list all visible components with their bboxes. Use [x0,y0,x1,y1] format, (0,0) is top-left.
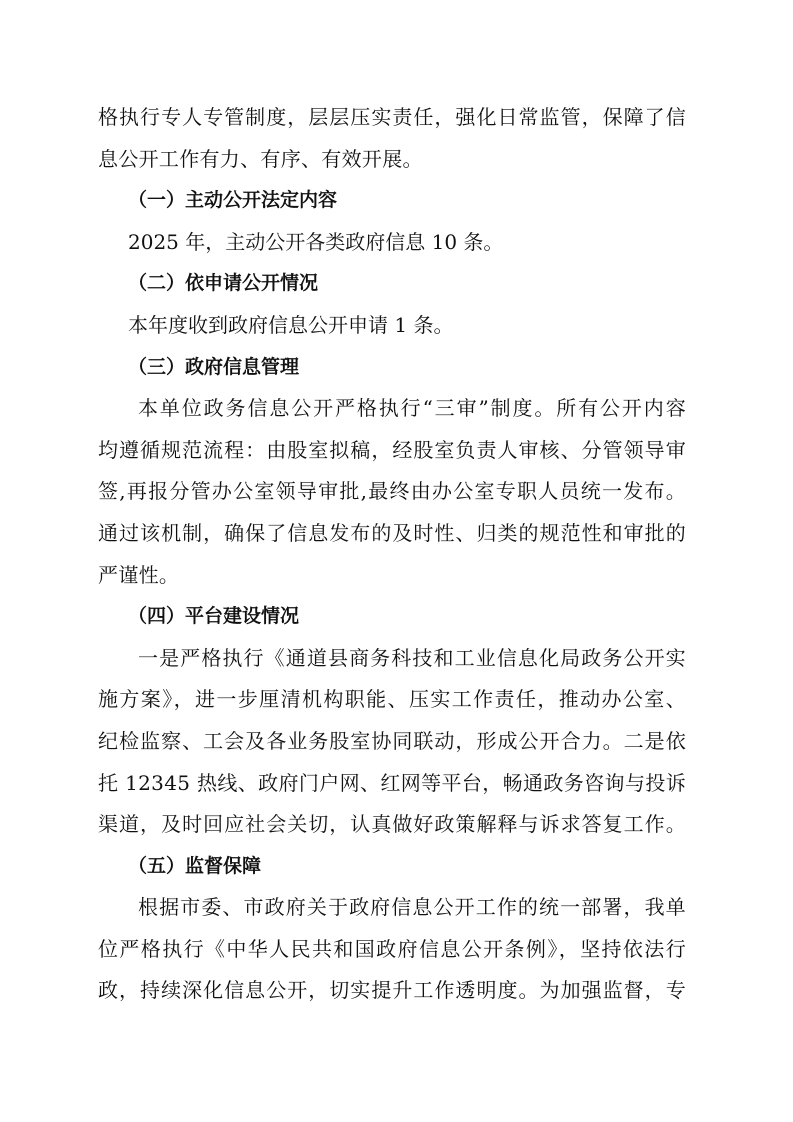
paragraph-line: 纪检监察、工会及各业务股室协同联动，形成公开合力。二是依 [98,721,686,763]
paragraph-line: 签,再报分管办公室领导审批,最终由办公室专职人员统一发布。 [98,471,686,513]
paragraph-line: 2025 年，主动公开各类政府信息 10 条。 [98,222,686,264]
paragraph-line: 托 12345 热线、政府门户网、红网等平台，畅通政务咨询与投诉 [98,763,686,805]
section-heading-1: （一）主动公开法定内容 [98,180,686,222]
section-heading-3: （三）政府信息管理 [98,347,686,389]
paragraph-line: 格执行专人专管制度，层层压实责任，强化日常监管，保障了信 [98,97,686,139]
paragraph-line: 一是严格执行《通道县商务科技和工业信息化局政务公开实 [98,638,686,680]
paragraph-line: 位严格执行《中华人民共和国政府信息公开条例》，坚持依法行 [98,929,686,971]
paragraph-line: 本单位政务信息公开严格执行“三审”制度。所有公开内容 [98,388,686,430]
paragraph-line: 施方案》，进一步厘清机构职能、压实工作责任，推动办公室、 [98,679,686,721]
paragraph-line: 根据市委、市政府关于政府信息公开工作的统一部署，我单 [98,887,686,929]
section-heading-2: （二）依申请公开情况 [98,263,686,305]
paragraph-line: 通过该机制，确保了信息发布的及时性、归类的规范性和审批的 [98,513,686,555]
paragraph-line: 本年度收到政府信息公开申请 1 条。 [98,305,686,347]
document-page: 格执行专人专管制度，层层压实责任，强化日常监管，保障了信 息公开工作有力、有序、… [98,97,686,1012]
paragraph-line: 息公开工作有力、有序、有效开展。 [98,139,686,181]
paragraph-line: 严谨性。 [98,555,686,597]
paragraph-line: 渠道，及时回应社会关切，认真做好政策解释与诉求答复工作。 [98,804,686,846]
paragraph-line: 均遵循规范流程：由股室拟稿，经股室负责人审核、分管领导审 [98,430,686,472]
paragraph-line: 政，持续深化信息公开，切实提升工作透明度。为加强监督，专 [98,970,686,1012]
section-heading-4: （四）平台建设情况 [98,596,686,638]
section-heading-5: （五）监督保障 [98,846,686,888]
